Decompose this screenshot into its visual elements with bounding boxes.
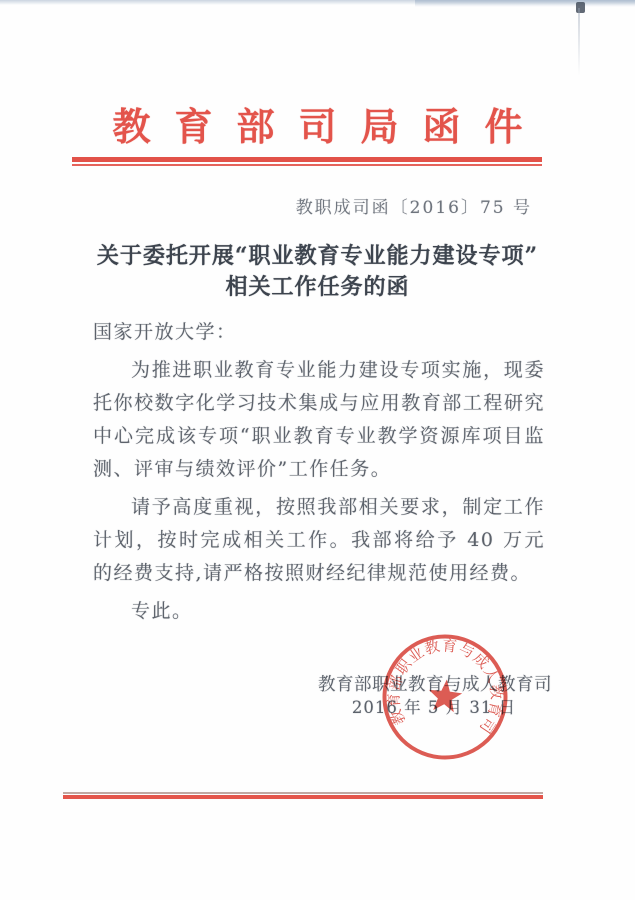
letter-body: 国家开放大学： 为推进职业教育专业能力建设专项实施，现委托你校数字化学习技术集成… bbox=[93, 316, 545, 628]
footer-rule-thin bbox=[63, 792, 543, 794]
footer-rule bbox=[63, 792, 543, 800]
document-title: 关于委托开展“职业教育专业能力建设专项” 相关工作任务的函 bbox=[0, 241, 635, 303]
stamp-star-icon bbox=[427, 678, 464, 713]
body-paragraph-2: 请予高度重视，按照我部相关要求，制定工作计划，按时完成相关工作。我部将给予 40… bbox=[93, 491, 545, 590]
scanned-letter-page: 教育部司局函件 教职成司函〔2016〕75 号 关于委托开展“职业教育专业能力建… bbox=[0, 0, 635, 900]
document-title-line2: 相关工作任务的函 bbox=[0, 272, 635, 303]
footer-rule-thick bbox=[63, 795, 543, 800]
scan-edge-shadow-right bbox=[415, 0, 635, 7]
body-paragraph-1: 为推进职业教育专业能力建设专项实施，现委托你校数字化学习技术集成与应用教育部工程… bbox=[93, 354, 545, 486]
official-stamp: 教育部职业教育与成人教育司 bbox=[372, 624, 517, 769]
scan-artifact-line bbox=[578, 8, 580, 76]
letterhead-rule bbox=[72, 157, 542, 167]
closing: 专此。 bbox=[93, 595, 545, 628]
doc-number: 教职成司函〔2016〕75 号 bbox=[296, 193, 532, 218]
salutation: 国家开放大学： bbox=[93, 316, 545, 349]
document-title-line1: 关于委托开展“职业教育专业能力建设专项” bbox=[0, 241, 635, 272]
letterhead-title: 教育部司局函件 bbox=[0, 96, 635, 151]
letterhead-rule-thin bbox=[72, 164, 542, 166]
